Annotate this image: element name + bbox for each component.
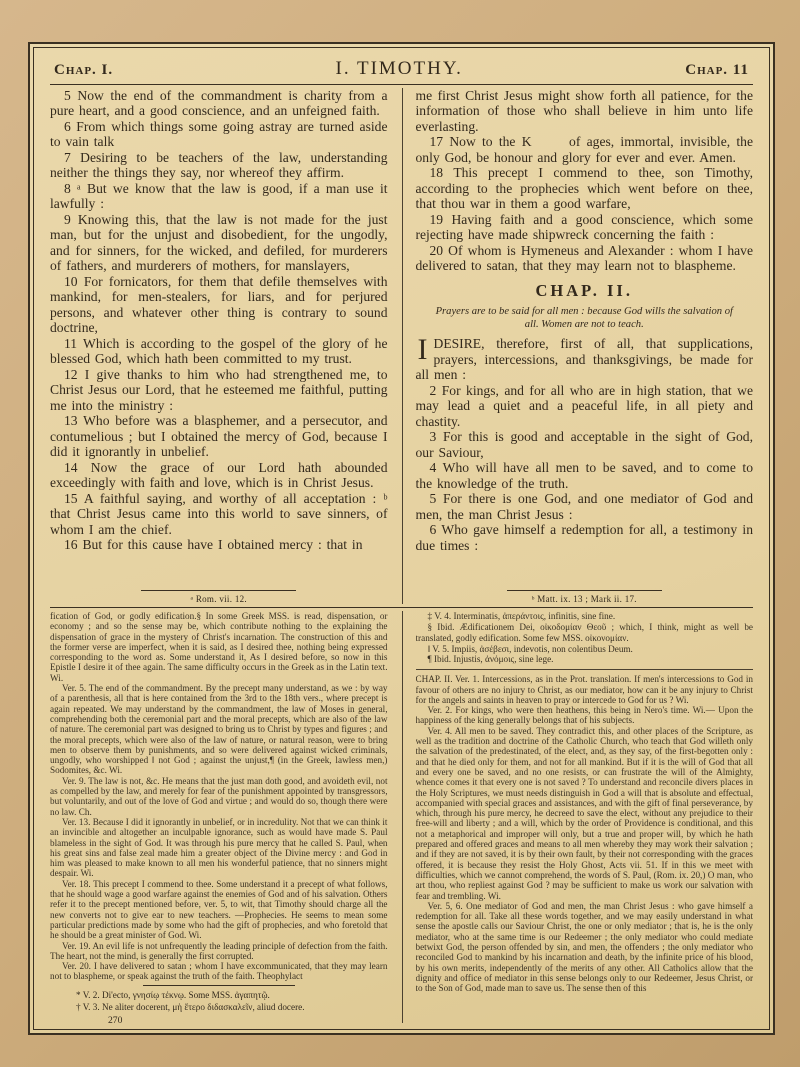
scripture-section: 5 Now the end of the commandment is char…: [50, 88, 753, 604]
page-title: I. TIMOTHY.: [336, 58, 463, 80]
commentary-paragraph: CHAP. II. Ver. 1. Intercessions, as in t…: [416, 674, 754, 705]
scripture-footnote: ᵇ Matt. ix. 13 ; Mark ii. 17.: [416, 594, 754, 604]
textual-footnote: * V. 2. Di'ecto, γνησίῳ τέκνῳ. Some MSS.…: [50, 990, 388, 1002]
verse: 17 Now to the K of ages, immortal, invis…: [416, 134, 754, 165]
verse: 4 Who will have all men to be saved, and…: [416, 460, 754, 491]
verse: 3 For this is good and acceptable in the…: [416, 429, 754, 460]
footnote-block: ᵃ Rom. vii. 12.: [50, 588, 388, 604]
chapter-argument: Prayers are to be said for all men : bec…: [416, 305, 754, 331]
footnote-rule: [143, 985, 295, 986]
commentary-paragraph: Ver. 4. All men to be saved. They contra…: [416, 726, 754, 901]
commentary-paragraph: Ver. 20. I have delivered to satan ; who…: [50, 961, 388, 982]
verse: 19 Having faith and a good conscience, w…: [416, 212, 754, 243]
scripture-right-column: me first Christ Jesus might show forth a…: [416, 88, 754, 604]
verse: 13 Who before was a blasphemer, and a pe…: [50, 413, 388, 459]
verse: 14 Now the grace of our Lord hath abound…: [50, 460, 388, 491]
verse: 2 For kings, and for all who are in high…: [416, 383, 754, 429]
commentary-paragraph: Ver. 5. The end of the commandment. By t…: [50, 683, 388, 776]
running-head-left: Chap. I.: [54, 62, 113, 79]
textual-note: ¶ Ibid. Injustis, ἀνόμοις, sine lege.: [416, 654, 754, 665]
textual-note: § Ibid. Ædificationem Dei, οἰκοδομίαν Θε…: [416, 622, 754, 644]
notes-divider-rule: [416, 669, 754, 670]
verse: IDESIRE, therefore, first of all, that s…: [416, 336, 754, 382]
verse: me first Christ Jesus might show forth a…: [416, 88, 754, 134]
textual-footnote: † V. 3. Ne aliter docerent, μὴ ἕτερο διδ…: [50, 1002, 388, 1014]
verse: 18 This precept I commend to thee, son T…: [416, 165, 754, 211]
verse: 5 Now the end of the commandment is char…: [50, 88, 388, 119]
commentary-paragraph: Ver. 19. An evil life is not unfrequentl…: [50, 941, 388, 962]
commentary-paragraph: Ver. 2. For kings, who were then heathen…: [416, 705, 754, 726]
verse: 6 Who gave himself a redemption for all,…: [416, 522, 754, 553]
commentary-paragraph: Ver. 5, 6. One mediator of God and men, …: [416, 901, 754, 994]
commentary-paragraph: fication of God, or godly edification.§ …: [50, 611, 388, 683]
footnote-rule: [507, 590, 662, 591]
page-border-frame: Chap. I. I. TIMOTHY. Chap. 11 5 Now the …: [28, 42, 775, 1035]
commentary-section: fication of God, or godly edification.§ …: [50, 611, 753, 1023]
drop-cap: I: [416, 336, 434, 362]
page-content: Chap. I. I. TIMOTHY. Chap. 11 5 Now the …: [33, 47, 770, 1030]
scripture-left-column: 5 Now the end of the commandment is char…: [50, 88, 388, 604]
verse: 6 From which things some going astray ar…: [50, 119, 388, 150]
verse: 10 For fornicators, for them that defile…: [50, 274, 388, 336]
commentary-left-column: fication of God, or godly edification.§ …: [50, 611, 388, 1023]
footnote-block: ᵇ Matt. ix. 13 ; Mark ii. 17.: [416, 588, 754, 604]
scanned-bible-page: { "colors": { "paper": "#e7d4a4", "margi…: [0, 0, 800, 1067]
section-divider-rule: [50, 607, 753, 608]
commentary-right-column: ‡ V. 4. Interminatis, ἀπεράντοις, infini…: [416, 611, 754, 1023]
verse: 16 But for this cause have I obtained me…: [50, 537, 388, 552]
commentary-paragraph: Ver. 13. Because I did it ignorantly in …: [50, 817, 388, 879]
verse: 11 Which is according to the gospel of t…: [50, 336, 388, 367]
textual-note: ‡ V. 4. Interminatis, ἀπεράντοις, infini…: [416, 611, 754, 622]
chapter-heading: CHAP. II.: [416, 281, 754, 301]
verse-text: DESIRE, therefore, first of all, that su…: [416, 336, 754, 382]
verse: 12 I give thanks to him who had strength…: [50, 367, 388, 413]
verse: 9 Knowing this, that the law is not made…: [50, 212, 388, 274]
textual-note: ‖ V. 5. Impiis, ἀσέβεσι, indevotis, non …: [416, 644, 754, 655]
commentary-paragraph: Ver. 9. The law is not, &c. He means tha…: [50, 776, 388, 817]
running-head-right: Chap. 11: [685, 62, 749, 79]
commentary-paragraph: Ver. 18. This precept I commend to thee.…: [50, 879, 388, 941]
verse: 15 A faithful saying, and worthy of all …: [50, 491, 388, 537]
verse: 5 For there is one God, and one mediator…: [416, 491, 754, 522]
verse: 7 Desiring to be teachers of the law, un…: [50, 150, 388, 181]
verse: 8 ᵃ But we know that the law is good, if…: [50, 181, 388, 212]
page-header: Chap. I. I. TIMOTHY. Chap. 11: [50, 56, 753, 85]
footnote-rule: [141, 590, 296, 591]
page-number: 270: [50, 1015, 388, 1023]
scripture-footnote: ᵃ Rom. vii. 12.: [50, 594, 388, 604]
textual-footnotes-block: * V. 2. Di'ecto, γνησίῳ τέκνῳ. Some MSS.…: [50, 982, 388, 1023]
verse: 20 Of whom is Hymeneus and Alexander : w…: [416, 243, 754, 274]
